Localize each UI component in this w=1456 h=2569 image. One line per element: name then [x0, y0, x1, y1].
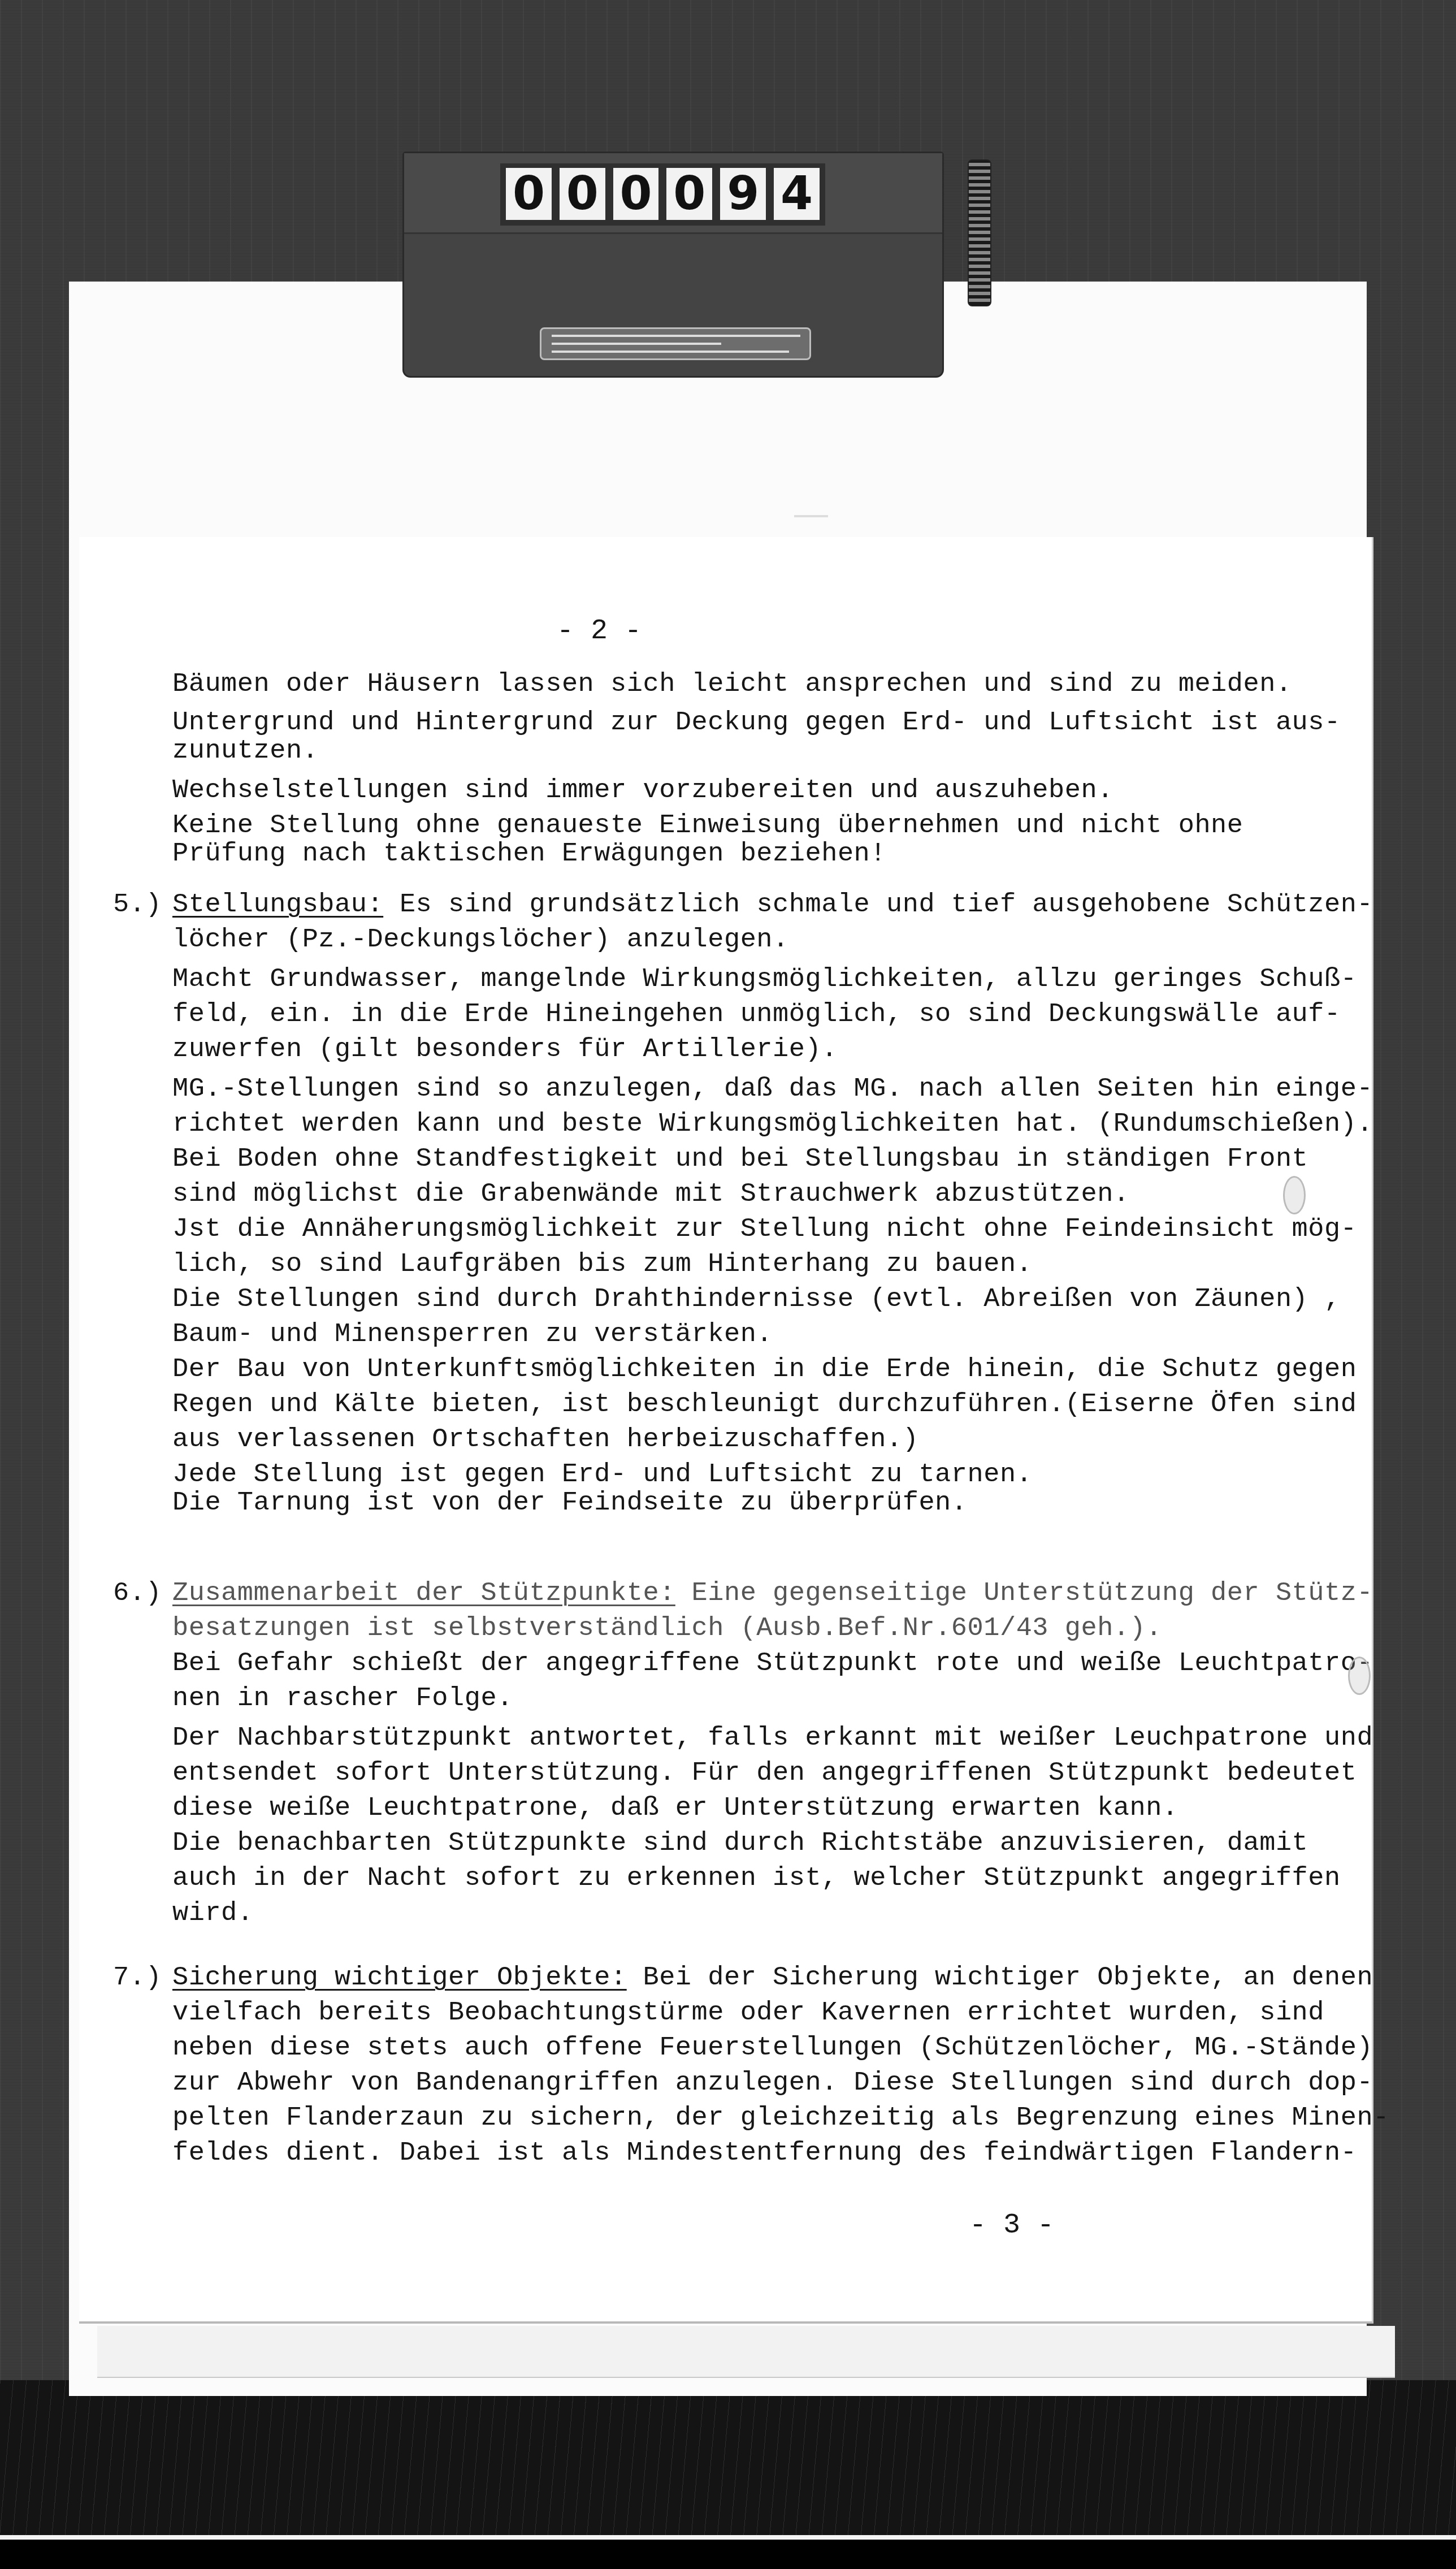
- text-line: Baum- und Minensperren zu verstärken.: [102, 1317, 1368, 1352]
- film-margin: [0, 2540, 1456, 2569]
- frame-counter-device: 0 0 0 0 9 4: [402, 152, 944, 378]
- page-number-current: - 2 -: [557, 615, 642, 647]
- text-line: Keine Stellung ohne genaueste Einweisung…: [102, 808, 1368, 837]
- text-line: Der Bau von Unterkunftsmöglichkeiten in …: [102, 1352, 1368, 1387]
- page-number-next: - 3 -: [969, 2209, 1054, 2242]
- microfilm-background-bottom: [0, 2380, 1456, 2538]
- text-line: Die benachbarten Stützpunkte sind durch …: [102, 1826, 1368, 1861]
- text-line: Wechselstellungen sind immer vorzubereit…: [102, 773, 1368, 808]
- text-fragment: Es sind grundsätzlich schmale und tief a…: [383, 890, 1373, 920]
- text-line: Jst die Annäherungsmöglichkeit zur Stell…: [102, 1212, 1368, 1247]
- text-fragment: Bei der Sicherung wichtiger Objekte, an …: [627, 1963, 1373, 1993]
- text-line: sind möglichst die Grabenwände mit Strau…: [102, 1177, 1368, 1212]
- section-7: 7.) Sicherung wichtiger Objekte: Bei der…: [102, 1961, 1368, 2171]
- section-first-line: Zusammenarbeit der Stützpunkte: Eine geg…: [102, 1576, 1368, 1611]
- section-6: 6.) Zusammenarbeit der Stützpunkte: Eine…: [102, 1576, 1368, 1931]
- section-first-line: Sicherung wichtiger Objekte: Bei der Sic…: [102, 1961, 1368, 1996]
- text-line: Der Nachbarstützpunkt antwortet, falls e…: [102, 1721, 1368, 1756]
- text-line: zur Abwehr von Bandenangriffen anzulegen…: [102, 2066, 1368, 2101]
- text-line: wird.: [102, 1896, 1368, 1931]
- text-line: feld, ein. in die Erde Hineingehen unmög…: [102, 997, 1368, 1032]
- counter-digit: 0: [506, 168, 552, 220]
- text-line: besatzungen ist selbstverständlich (Ausb…: [102, 1611, 1368, 1646]
- section-first-line: Stellungsbau: Es sind grundsätzlich schm…: [102, 888, 1368, 923]
- section-number: 6.): [113, 1576, 162, 1611]
- counter-digit: 4: [774, 168, 820, 220]
- text-line: lich, so sind Laufgräben bis zum Hinterh…: [102, 1247, 1368, 1282]
- section-heading: Stellungsbau:: [172, 890, 383, 920]
- text-line: vielfach bereits Beobachtungstürme oder …: [102, 1996, 1368, 2031]
- text-line: nen in rascher Folge.: [102, 1681, 1368, 1721]
- text-line: diese weiße Leuchtpatrone, daß er Unters…: [102, 1791, 1368, 1826]
- counter-reset-wheel: [968, 159, 991, 306]
- text-line: Die Stellungen sind durch Drahthindernis…: [102, 1282, 1368, 1317]
- counter-pin: [794, 515, 828, 517]
- text-line: aus verlassenen Ortschaften herbeizuscha…: [102, 1422, 1368, 1458]
- punch-hole-mark: [1348, 1657, 1371, 1695]
- text-line: neben diese stets auch offene Feuerstell…: [102, 2031, 1368, 2066]
- section-number: 7.): [113, 1961, 162, 1996]
- text-line: Regen und Kälte bieten, ist beschleunigt…: [102, 1387, 1368, 1422]
- text-line: MG.-Stellungen sind so anzulegen, daß da…: [102, 1072, 1368, 1107]
- text-line: Prüfung nach taktischen Erwägungen bezie…: [102, 837, 1368, 872]
- text-line: zuwerfen (gilt besonders für Artillerie)…: [102, 1032, 1368, 1072]
- section-5: 5.) Stellungsbau: Es sind grundsätzlich …: [102, 888, 1368, 1521]
- text-line: entsendet sofort Unterstützung. Für den …: [102, 1756, 1368, 1791]
- punch-hole-mark: [1283, 1176, 1306, 1214]
- section-heading: Sicherung wichtiger Objekte:: [172, 1963, 627, 1993]
- counter-digit: 0: [666, 168, 712, 220]
- text-line: Jede Stellung ist gegen Erd- und Luftsic…: [102, 1458, 1368, 1486]
- counter-window: 0 0 0 0 9 4: [500, 163, 825, 226]
- text-line: Bei Boden ohne Standfestigkeit und bei S…: [102, 1142, 1368, 1177]
- plate-text-line: [552, 351, 789, 353]
- text-line: löcher (Pz.-Deckungslöcher) anzulegen.: [102, 923, 1368, 962]
- plate-text-line: [552, 343, 721, 345]
- text-line: Bei Gefahr schießt der angegriffene Stüt…: [102, 1646, 1368, 1681]
- text-line: zunutzen.: [102, 734, 1368, 773]
- text-line: richtet werden kann und beste Wirkungsmö…: [102, 1107, 1368, 1142]
- text-line: feldes dient. Dabei ist als Mindestentfe…: [102, 2136, 1368, 2171]
- counter-digit: 9: [720, 168, 766, 220]
- counter-digit: 0: [613, 168, 659, 220]
- section-heading: Zusammenarbeit der Stützpunkte:: [172, 1578, 675, 1608]
- page-lower-fold: [97, 2326, 1395, 2378]
- section-number: 5.): [113, 888, 162, 923]
- text-fragment: Eine gegenseitige Unterstützung der Stüt…: [675, 1578, 1373, 1608]
- text-line: pelten Flanderzaun zu sichern, der gleic…: [102, 2101, 1368, 2136]
- text-line: Bäumen oder Häusern lassen sich leicht a…: [102, 667, 1368, 702]
- text-line: Macht Grundwasser, mangelnde Wirkungsmög…: [102, 962, 1368, 997]
- counter-digit: 0: [560, 168, 605, 220]
- plate-text-line: [552, 335, 800, 337]
- intro-paragraph: Bäumen oder Häusern lassen sich leicht a…: [102, 667, 1368, 872]
- text-line: auch in der Nacht sofort zu erkennen ist…: [102, 1861, 1368, 1896]
- text-line: Die Tarnung ist von der Feindseite zu üb…: [102, 1486, 1368, 1521]
- text-line: Untergrund und Hintergrund zur Deckung g…: [102, 706, 1368, 734]
- manufacturer-plate: [540, 327, 811, 360]
- film-edge: [0, 2535, 1456, 2540]
